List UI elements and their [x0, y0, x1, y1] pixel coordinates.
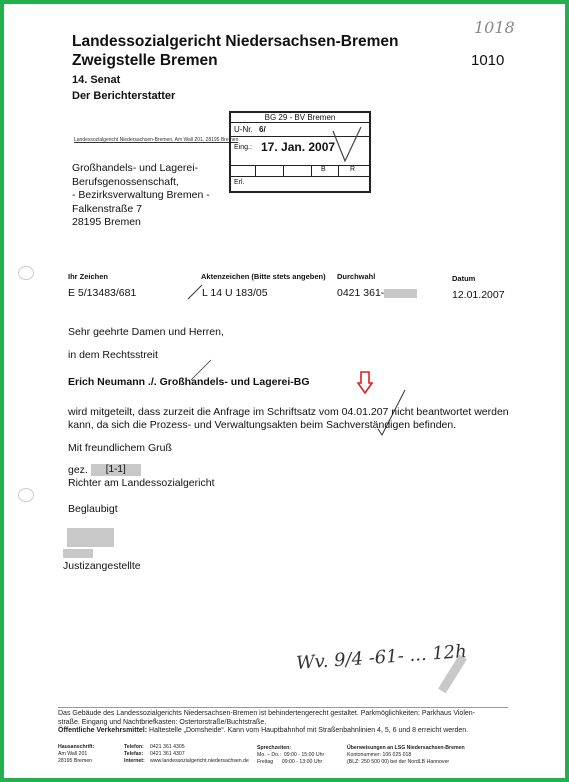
stamp-title: BG 29 - BV Bremen — [231, 113, 369, 123]
redaction-block — [384, 289, 417, 298]
pen-stroke-mark — [187, 284, 203, 300]
closing: Mit freundlichem Gruß — [68, 442, 172, 454]
recipient-address: Großhandels- und Lagerei- Berufsgenossen… — [72, 162, 210, 230]
body-paragraph-line: wird mitgeteilt, dass zurzeit die Anfrag… — [68, 406, 509, 418]
handwritten-note: Wv. 9/4 -61- ... 12h — [295, 641, 467, 674]
redaction-block: [1-1] — [91, 464, 141, 476]
datum-label: Datum — [452, 274, 475, 283]
stamp-date: 17. Jan. 2007 — [261, 140, 335, 154]
stamp-col-b: B — [321, 166, 326, 173]
redaction-block — [67, 528, 114, 547]
datum-value: 12.01.2007 — [452, 289, 505, 301]
punch-hole-mark — [18, 488, 34, 502]
judge-title: Richter am Landessozialgericht — [68, 477, 215, 489]
footer-hours: Sprechzeiten: Mo. – Do.: 09:00 - 15:00 U… — [257, 745, 324, 766]
signed-line: gez. [1-1] — [68, 464, 141, 476]
ihr-zeichen-value: E 5/13483/681 — [68, 287, 136, 299]
red-arrow-down-icon — [357, 371, 373, 395]
checkmark-icon — [331, 125, 367, 165]
recipient-line: Berufsgenossenschaft, — [72, 176, 210, 190]
stamp-unr-value: 6/ — [259, 125, 266, 134]
aktenzeichen-value: L 14 U 183/05 — [202, 287, 268, 299]
recipient-line: 28195 Bremen — [72, 216, 210, 230]
page-number: 1010 — [471, 52, 504, 69]
sender-line: Landessozialgericht Niedersachsen-Bremen… — [74, 137, 238, 143]
footer-bank: Überweisungen an LSG Niedersachsen-Breme… — [347, 745, 465, 766]
footer-divider — [58, 707, 508, 708]
recipient-line: - Bezirksverwaltung Bremen - — [72, 189, 210, 203]
footer-contact-values: 0421 361 4305 0421 361 4307 www.landesso… — [150, 744, 249, 765]
recipient-line: Großhandels- und Lagerei- — [72, 162, 210, 176]
certified-label: Beglaubigt — [68, 503, 118, 515]
redaction-block — [63, 549, 93, 558]
receipt-stamp: BG 29 - BV Bremen U-Nr. 6/ Eing.: 17. Ja… — [229, 111, 371, 193]
case-title: Erich Neumann ./. Großhandels- und Lager… — [68, 376, 310, 388]
handwritten-number: 1018 — [474, 18, 515, 37]
footer-contact-labels: Telefon: Telefax: Internet: — [124, 744, 145, 765]
role: Der Berichterstatter — [72, 90, 175, 102]
senate: 14. Senat — [72, 74, 120, 86]
durchwahl-value: 0421 361- — [337, 287, 417, 299]
punch-hole-mark — [18, 266, 34, 280]
durchwahl-label: Durchwahl — [337, 272, 375, 281]
stamp-unr-label: U-Nr. — [234, 125, 253, 134]
footer-address: Hausanschrift: Am Wall 201 28195 Bremen — [58, 744, 94, 765]
document-page: Landessozialgericht Niedersachsen-Bremen… — [4, 4, 565, 778]
stamp-erl-label: Erl. — [234, 179, 245, 186]
aktenzeichen-label: Aktenzeichen (Bitte stets angeben) — [201, 272, 326, 281]
court-branch: Zweigstelle Bremen — [72, 52, 218, 70]
stamp-eing-label: Eing.: — [234, 144, 252, 151]
clerk-title: Justizangestellte — [63, 560, 141, 572]
footer-notice: Das Gebäude des Landessozialgerichts Nie… — [58, 710, 475, 736]
intro: in dem Rechtsstreit — [68, 349, 158, 361]
body-paragraph-line: kann, da sich die Prozess- und Verwaltun… — [68, 419, 456, 431]
website-link[interactable]: www.landessozialgericht.niedersachsen.de — [150, 758, 249, 764]
stamp-col-r: R — [350, 166, 355, 173]
court-name: Landessozialgericht Niedersachsen-Bremen — [72, 33, 398, 51]
salutation: Sehr geehrte Damen und Herren, — [68, 326, 224, 338]
recipient-line: Falkenstraße 7 — [72, 203, 210, 217]
ihr-zeichen-label: Ihr Zeichen — [68, 272, 108, 281]
